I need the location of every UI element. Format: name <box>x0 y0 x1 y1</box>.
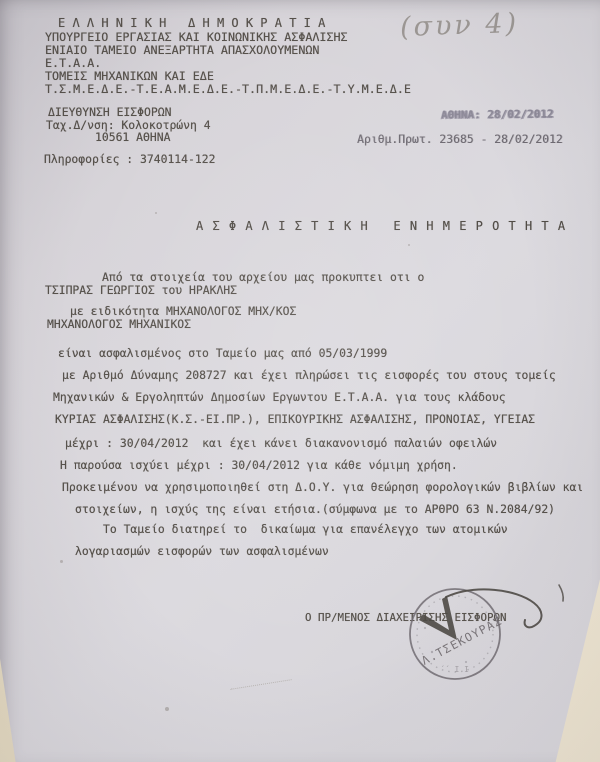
document-photo: Ε Λ Λ Η Ν Ι Κ Η Δ Η Μ Ο Κ Ρ Α Τ Ι Α ΥΠΟΥ… <box>0 0 600 762</box>
paper-speck <box>155 212 157 214</box>
stamp-and-signature: Λ.ΤΣΕΚΟΥΡΑΣ ΄΄ Ι Ι <box>380 565 600 735</box>
body-line: λογαριασμών εισφορών των ασφαλισμένων <box>75 545 329 557</box>
letterhead-address-city: 10561 ΑΘΗΝΑ <box>95 131 170 143</box>
letterhead-sectors: ΤΟΜΕΙΣ ΜΗΧΑΝΙΚΩΝ ΚΑΙ ΕΔΕ <box>45 70 214 82</box>
body-line: στοιχείων, η ισχύς της είναι ετήσια.(σύμ… <box>75 503 555 515</box>
paper-speck <box>165 707 169 711</box>
body-line-insurance-branches: ΚΥΡΙΑΣ ΑΣΦΑΛΙΣΗΣ(Κ.Σ.-ΕΙ.ΠΡ.), ΕΠΙΚΟΥΡΙΚ… <box>55 413 535 425</box>
body-line-validity: Η παρούσα ισχύει μέχρι : 30/04/2012 για … <box>60 459 458 471</box>
handwritten-annotation: (συν 4) <box>399 8 519 43</box>
stamp-bottom-marks: ΄΄ Ι Ι <box>440 665 469 674</box>
body-line-valid-until: μέχρι : 30/04/2012 και έχει κάνει διακαν… <box>65 437 497 449</box>
body-line-person-name: ΤΣΙΠΡΑΣ ΓΕΩΡΓΙΟΣ του ΗΡΑΚΛΗΣ <box>45 284 237 296</box>
letterhead-fund: ΕΝΙΑΙΟ ΤΑΜΕΙΟ ΑΝΕΞΑΡΤΗΤΑ ΑΠΑΣΧΟΛΟΥΜΕΝΩΝ <box>45 44 319 56</box>
body-line-registry-number: με Αριθμό Δύναμης 208727 και έχει πληρώσ… <box>62 369 556 381</box>
body-line: Το Ταμείο διατηρεί το δικαίωμα για επανέ… <box>103 523 508 535</box>
letterhead-info-phone: Πληροφορίες : 3740114-122 <box>44 153 215 165</box>
body-line: Προκειμένου να χρησιμοποιηθεί στη Δ.Ο.Υ.… <box>62 481 583 493</box>
body-line-specialty: με ειδικότητα ΜΗΧΑΝΟΛΟΓΟΣ ΜΗΧ/ΚΟΣ <box>70 305 296 317</box>
city-date-stamp: ΑΘΗΝΑ: 28/02/2012 <box>441 108 554 121</box>
letterhead-ministry: ΥΠΟΥΡΓΕΙΟ ΕΡΓΑΣΙΑΣ ΚΑΙ ΚΟΙΝΩΝΙΚΗΣ ΑΣΦΑΛΙ… <box>45 31 348 43</box>
letterhead-fund-abbr: Ε.Τ.Α.Α. <box>45 57 101 69</box>
protocol-number-line: Αριθμ.Πρωτ. 23685 - 28/02/2012 <box>357 133 563 145</box>
document-title: Α Σ Φ Α Λ Ι Σ Τ Ι Κ Η Ε Ν Η Μ Ε Ρ Ο Τ Η … <box>196 220 566 232</box>
round-stamp-icon: Λ.ΤΣΕΚΟΥΡΑΣ ΄΄ Ι Ι <box>410 589 505 679</box>
body-line-insured-since: είναι ασφαλισμένος στο Ταμείο μας από 05… <box>58 347 387 359</box>
letterhead-directorate: ΔΙΕΥΘΥΝΣΗ ΕΙΣΦΟΡΩΝ <box>48 106 171 118</box>
paper-speck <box>60 560 63 563</box>
letterhead-republic: Ε Λ Λ Η Ν Ι Κ Η Δ Η Μ Ο Κ Ρ Α Τ Ι Α <box>58 17 325 29</box>
paper-speck <box>408 244 410 246</box>
body-line: Μηχανικών & Εργοληπτών Δημοσίων Εργωντου… <box>53 391 506 403</box>
body-line-specialty-2: ΜΗΧΑΝΟΛΟΓΟΣ ΜΗΧΑΝΙΚΟΣ <box>47 318 191 330</box>
letterhead-sector-abbrs: Τ.Σ.Μ.Ε.Δ.Ε.-Τ.Ε.Α.Μ.Ε.Δ.Ε.-Τ.Π.Μ.Ε.Δ.Ε.… <box>45 83 411 95</box>
body-line: Από τα στοιχεία του αρχείου μας προκυπτε… <box>102 271 424 283</box>
